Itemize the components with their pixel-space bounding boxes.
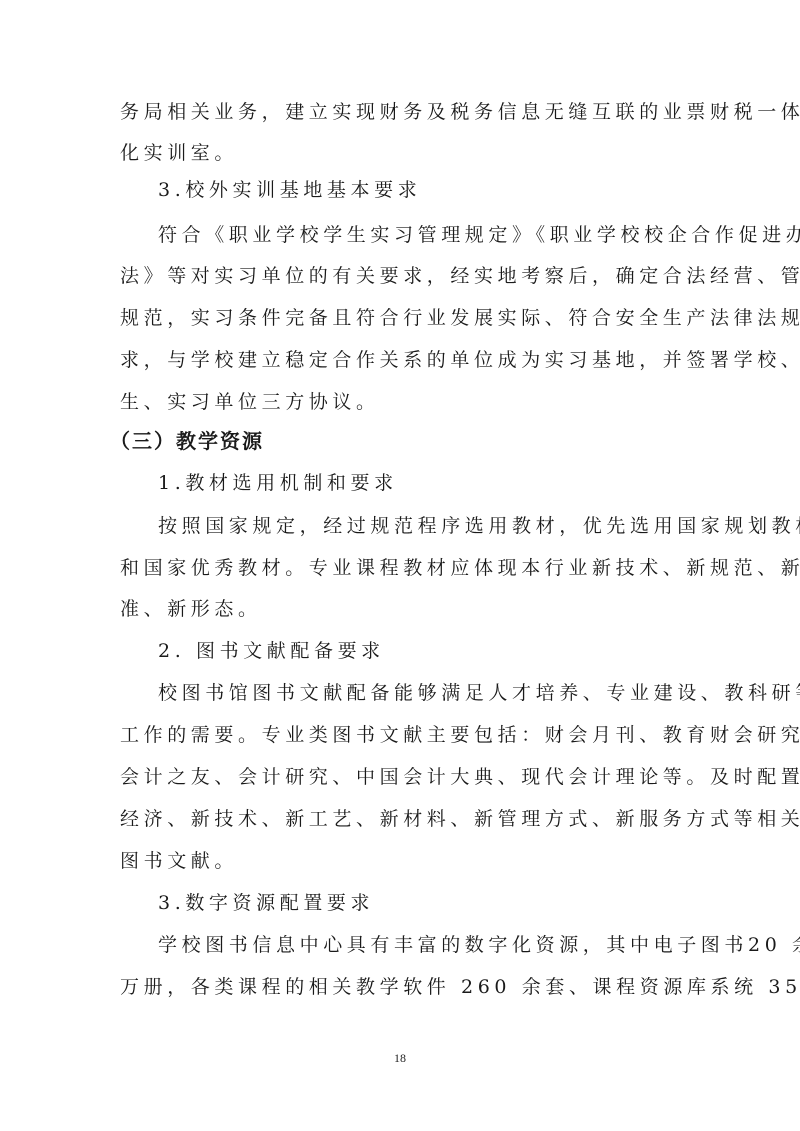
paragraph-line: 校图书馆图书文献配备能够满足人才培养、专业建设、教科研等 (158, 681, 722, 705)
subsection-title: 2. 图书文献配备要求 (158, 639, 722, 663)
paragraph-line: 务局相关业务，建立实现财务及税务信息无缝互联的业票财税一体 (120, 100, 684, 124)
page-number: 18 (0, 1051, 800, 1066)
paragraph-line: 按照国家规定，经过规范程序选用教材，优先选用国家规划教材 (158, 514, 722, 538)
paragraph-line: 符合《职业学校学生实习管理规定》《职业学校校企合作促进办 (158, 223, 722, 247)
paragraph-line: 会计之友、会计研究、中国会计大典、现代会计理论等。及时配置新 (120, 765, 684, 789)
subsection-title: 3.校外实训基地基本要求 (158, 178, 722, 202)
section-heading: （三）教学资源 (110, 429, 674, 453)
paragraph-line: 化实训室。 (120, 141, 684, 165)
subsection-title: 1.教材选用机制和要求 (158, 471, 722, 495)
paragraph-line: 学校图书信息中心具有丰富的数字化资源，其中电子图书20 余 (158, 933, 722, 957)
document-page: 务局相关业务，建立实现财务及税务信息无缝互联的业票财税一体 化实训室。 3.校外… (0, 0, 800, 1131)
subsection-title: 3.数字资源配置要求 (158, 891, 722, 915)
paragraph-line: 经济、新技术、新工艺、新材料、新管理方式、新服务方式等相关的 (120, 807, 684, 831)
paragraph-line: 和国家优秀教材。专业课程教材应体现本行业新技术、新规范、新标 (120, 556, 684, 580)
paragraph-line: 准、新形态。 (120, 597, 684, 621)
paragraph-line: 规范，实习条件完备且符合行业发展实际、符合安全生产法律法规要 (120, 306, 684, 330)
paragraph-line: 法》等对实习单位的有关要求，经实地考察后，确定合法经营、管理 (120, 264, 684, 288)
paragraph-line: 生、实习单位三方协议。 (120, 390, 684, 414)
paragraph-line: 图书文献。 (120, 849, 684, 873)
paragraph-line: 工作的需要。专业类图书文献主要包括：财会月刊、教育财会研究、 (120, 723, 684, 747)
paragraph-line: 求，与学校建立稳定合作关系的单位成为实习基地，并签署学校、学 (120, 348, 684, 372)
paragraph-line: 万册，各类课程的相关教学软件 260 余套、课程资源库系统 350 余套、 (120, 975, 684, 999)
